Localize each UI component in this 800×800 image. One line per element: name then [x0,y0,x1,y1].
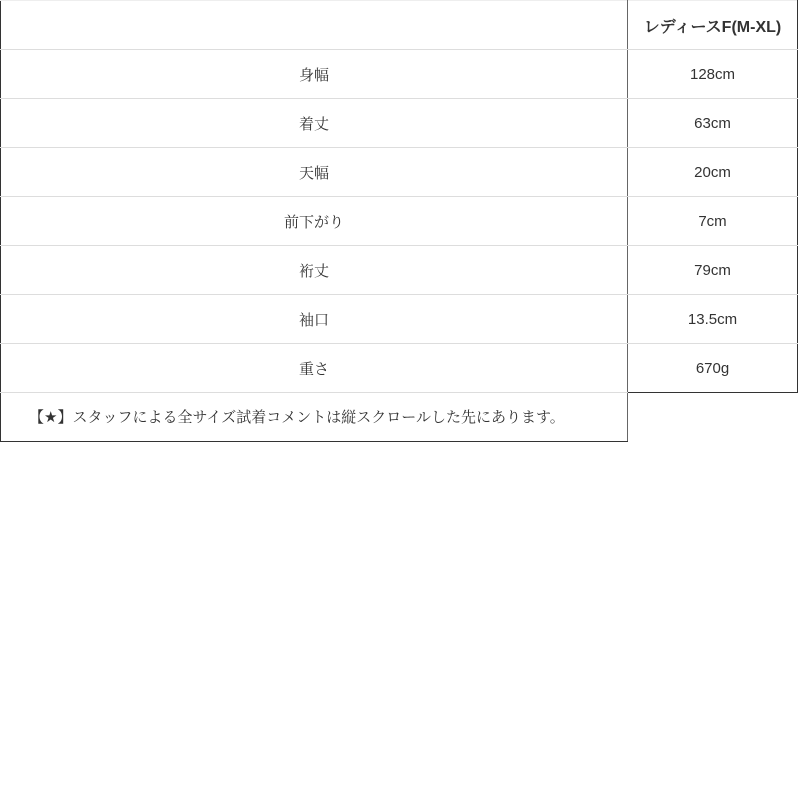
size-table-row: 袖口 13.5cm [1,295,798,344]
size-table-row: 天幅 20cm [1,148,798,197]
measurement-label: 前下がり [1,197,628,246]
measurement-label: 裄丈 [1,246,628,295]
size-table-row: 着丈 63cm [1,99,798,148]
measurement-label: 着丈 [1,99,628,148]
footer-row: 【★】スタッフによる全サイズ試着コメントは縦スクロールした先にあります。 [1,393,798,442]
size-chart-page: レディースF(M-XL) 身幅 128cm 着丈 63cm 天幅 20cm 前下… [0,0,800,800]
measurement-label: 袖口 [1,295,628,344]
measurement-value: 63cm [628,99,798,148]
size-table-row: 身幅 128cm [1,50,798,99]
size-table-header-row: レディースF(M-XL) [1,1,798,50]
measurement-label: 重さ [1,344,628,393]
measurement-value: 7cm [628,197,798,246]
measurement-label: 天幅 [1,148,628,197]
measurement-value: 128cm [628,50,798,99]
size-table-row: 前下がり 7cm [1,197,798,246]
size-table-header: レディースF(M-XL) [1,1,798,50]
footer-note: 【★】スタッフによる全サイズ試着コメントは縦スクロールした先にあります。 [1,393,628,442]
size-table-row: 裄丈 79cm [1,246,798,295]
size-table-body: 身幅 128cm 着丈 63cm 天幅 20cm 前下がり 7cm 裄丈 79c… [1,50,798,393]
size-chart-table: レディースF(M-XL) 身幅 128cm 着丈 63cm 天幅 20cm 前下… [0,0,798,442]
header-label-cell [1,1,628,50]
size-table-footer: 【★】スタッフによる全サイズ試着コメントは縦スクロールした先にあります。 [1,393,798,442]
size-table-row: 重さ 670g [1,344,798,393]
measurement-value: 20cm [628,148,798,197]
measurement-value: 79cm [628,246,798,295]
measurement-value: 13.5cm [628,295,798,344]
measurement-label: 身幅 [1,50,628,99]
measurement-value: 670g [628,344,798,393]
header-size-cell: レディースF(M-XL) [628,1,798,50]
footer-empty-cell [628,393,798,442]
